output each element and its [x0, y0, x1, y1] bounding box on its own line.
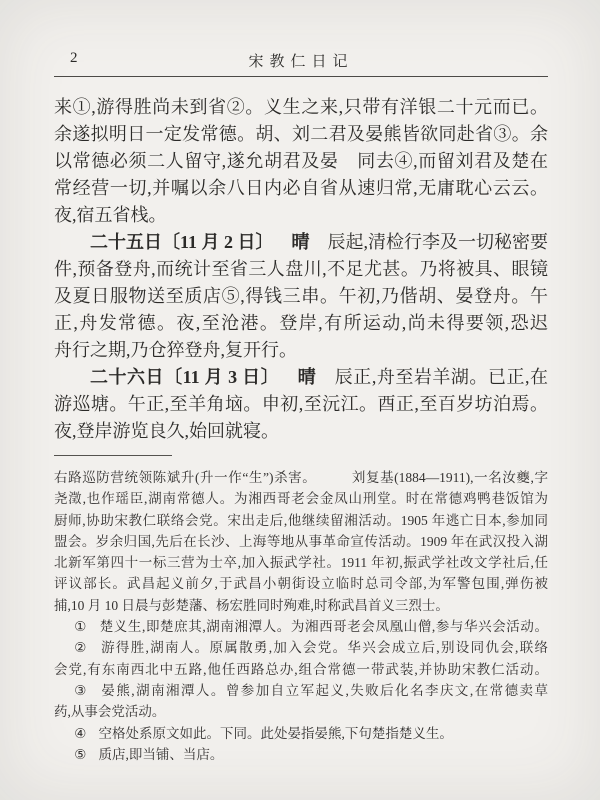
main-text: 来①,游得胜尚未到省②。义生之来,只带有洋银二十元而已。 余遂拟明日一定发常德。…: [54, 94, 548, 445]
text-line: 游巡塘。午正,至羊角垴。申初,至沅江。酉正,至百岁坊泊焉。: [54, 391, 548, 418]
footnote-number: ④: [74, 726, 86, 741]
text-line: 余遂拟明日一定发常德。胡、刘二君及晏熊皆欲同赴省③。余: [54, 121, 548, 148]
footnote-number: ②: [74, 640, 87, 655]
text-line: 以常德必须二人留守,遂允胡君及晏 同去④,而留刘君及楚在: [54, 148, 548, 175]
footnote-text: 晏熊,湖南湘潭人。曾参加自立军起义,失败后化名李庆文,在常德卖草: [100, 683, 548, 698]
footnote-line: 评议部长。武昌起义前夕,于武昌小朝街设立临时总司令部,为军警包围,弹伤被: [54, 573, 548, 594]
text-line: 及夏日服物送至质店⑤,得钱三串。午初,乃偕胡、晏登舟。午: [54, 283, 548, 310]
text-line: 舟行之期,乃仓猝登舟,复开行。: [54, 337, 548, 364]
entry-text: 辰起,清检行李及一切秘密要: [328, 232, 549, 252]
footnotes: 右路巡防营统领陈斌升(升一作“生”)杀害。 刘复基(1884—1911),一名汝…: [54, 467, 548, 765]
entry-weather: 晴: [292, 232, 310, 252]
footnote-item: ②游得胜,湖南人。原属散勇,加入会党。华兴会成立后,别设同仇会,联络: [54, 637, 548, 658]
diary-entry-heading-line: 二十五日〔11 月 2 日〕晴辰起,清检行李及一切秘密要: [54, 229, 548, 256]
running-title: 宋教仁日记: [54, 50, 548, 71]
footnote-line: 尧澂,也作瑶臣,湖南常德人。为湘西哥老会金凤山刑堂。时在常德鸡鸭巷饭馆为: [54, 488, 548, 509]
footnote-line: 右路巡防营统领陈斌升(升一作“生”)杀害。 刘复基(1884—1911),一名汝…: [54, 467, 548, 488]
entry-date: 二十五日〔11 月 2 日〕: [90, 232, 274, 252]
footnote-line: 厨师,协助宋教仁联络会党。宋出走后,他继续留湘活动。1905 年逃亡日本,参加同: [54, 510, 548, 531]
text-line: 夜,登岸游览良久,始回就寝。: [54, 418, 548, 445]
footnote-line: 药,从事会党活动。: [54, 701, 548, 722]
footnote-item: ⑤质店,即当铺、当店。: [54, 744, 548, 765]
footnote-line: 会党,有东南西北中五路,他任西路总办,组合常德一带武装,并协助宋教仁活动。: [54, 659, 548, 680]
footnote-line: 盟会。岁余归国,先后在长沙、上海等地从事革命宣传活动。1909 年在武汉投入湖: [54, 531, 548, 552]
diary-entry-heading-line: 二十六日〔11 月 3 日〕晴辰正,舟至岩羊湖。已正,在: [54, 364, 548, 391]
header-rule: [54, 76, 548, 77]
entry-weather: 晴: [297, 367, 316, 387]
footnote-text: 质店,即当铺、当店。: [99, 747, 224, 762]
text-line: 来①,游得胜尚未到省②。义生之来,只带有洋银二十元而已。: [54, 94, 548, 121]
text-line: 常经营一切,并嘱以余八日内必自省从速归常,无庸耽心云云。: [54, 175, 548, 202]
footnote-text: 游得胜,湖南人。原属散勇,加入会党。华兴会成立后,别设同仇会,联络: [100, 640, 548, 655]
footnote-number: ①: [74, 619, 87, 634]
footnote-number: ③: [74, 683, 88, 698]
footnote-line: 北新军第四十一标三营为士卒,加入振武学社。1911 年初,振武学社改文学社后,任: [54, 552, 548, 573]
footnote-number: ⑤: [74, 747, 86, 762]
text-line: 正,舟发常德。夜,至沧港。登岸,有所运动,尚未得要领,恐迟: [54, 310, 548, 337]
entry-text: 辰正,舟至岩羊湖。已正,在: [334, 367, 548, 387]
footnote-item: ④空格处系原文如此。下同。此处晏指晏熊,下句楚指楚义生。: [54, 723, 548, 744]
book-page: 2 宋教仁日记 来①,游得胜尚未到省②。义生之来,只带有洋银二十元而已。 余遂拟…: [0, 0, 600, 800]
footnote-text: 空格处系原文如此。下同。此处晏指晏熊,下句楚指楚义生。: [99, 726, 453, 741]
entry-date: 二十六日〔11 月 3 日〕: [90, 367, 279, 387]
text-line: 件,预备登舟,而统计至省三人盘川,不足尤甚。乃将被具、眼镜: [54, 256, 548, 283]
text-line: 夜,宿五省栈。: [54, 202, 548, 229]
footnote-text: 楚义生,即楚庶其,湖南湘潭人。为湘西哥老会凤凰山僧,参与华兴会活动。: [99, 619, 548, 634]
footnote-item: ③晏熊,湖南湘潭人。曾参加自立军起义,失败后化名李庆文,在常德卖草: [54, 680, 548, 701]
footnote-item: ①楚义生,即楚庶其,湖南湘潭人。为湘西哥老会凤凰山僧,参与华兴会活动。: [54, 616, 548, 637]
page-header: 2 宋教仁日记: [54, 48, 548, 72]
footnote-line: 捕,10 月 10 日晨与彭楚藩、杨宏胜同时殉难,时称武昌首义三烈士。: [54, 595, 548, 616]
footnote-separator-rule: [54, 455, 172, 456]
